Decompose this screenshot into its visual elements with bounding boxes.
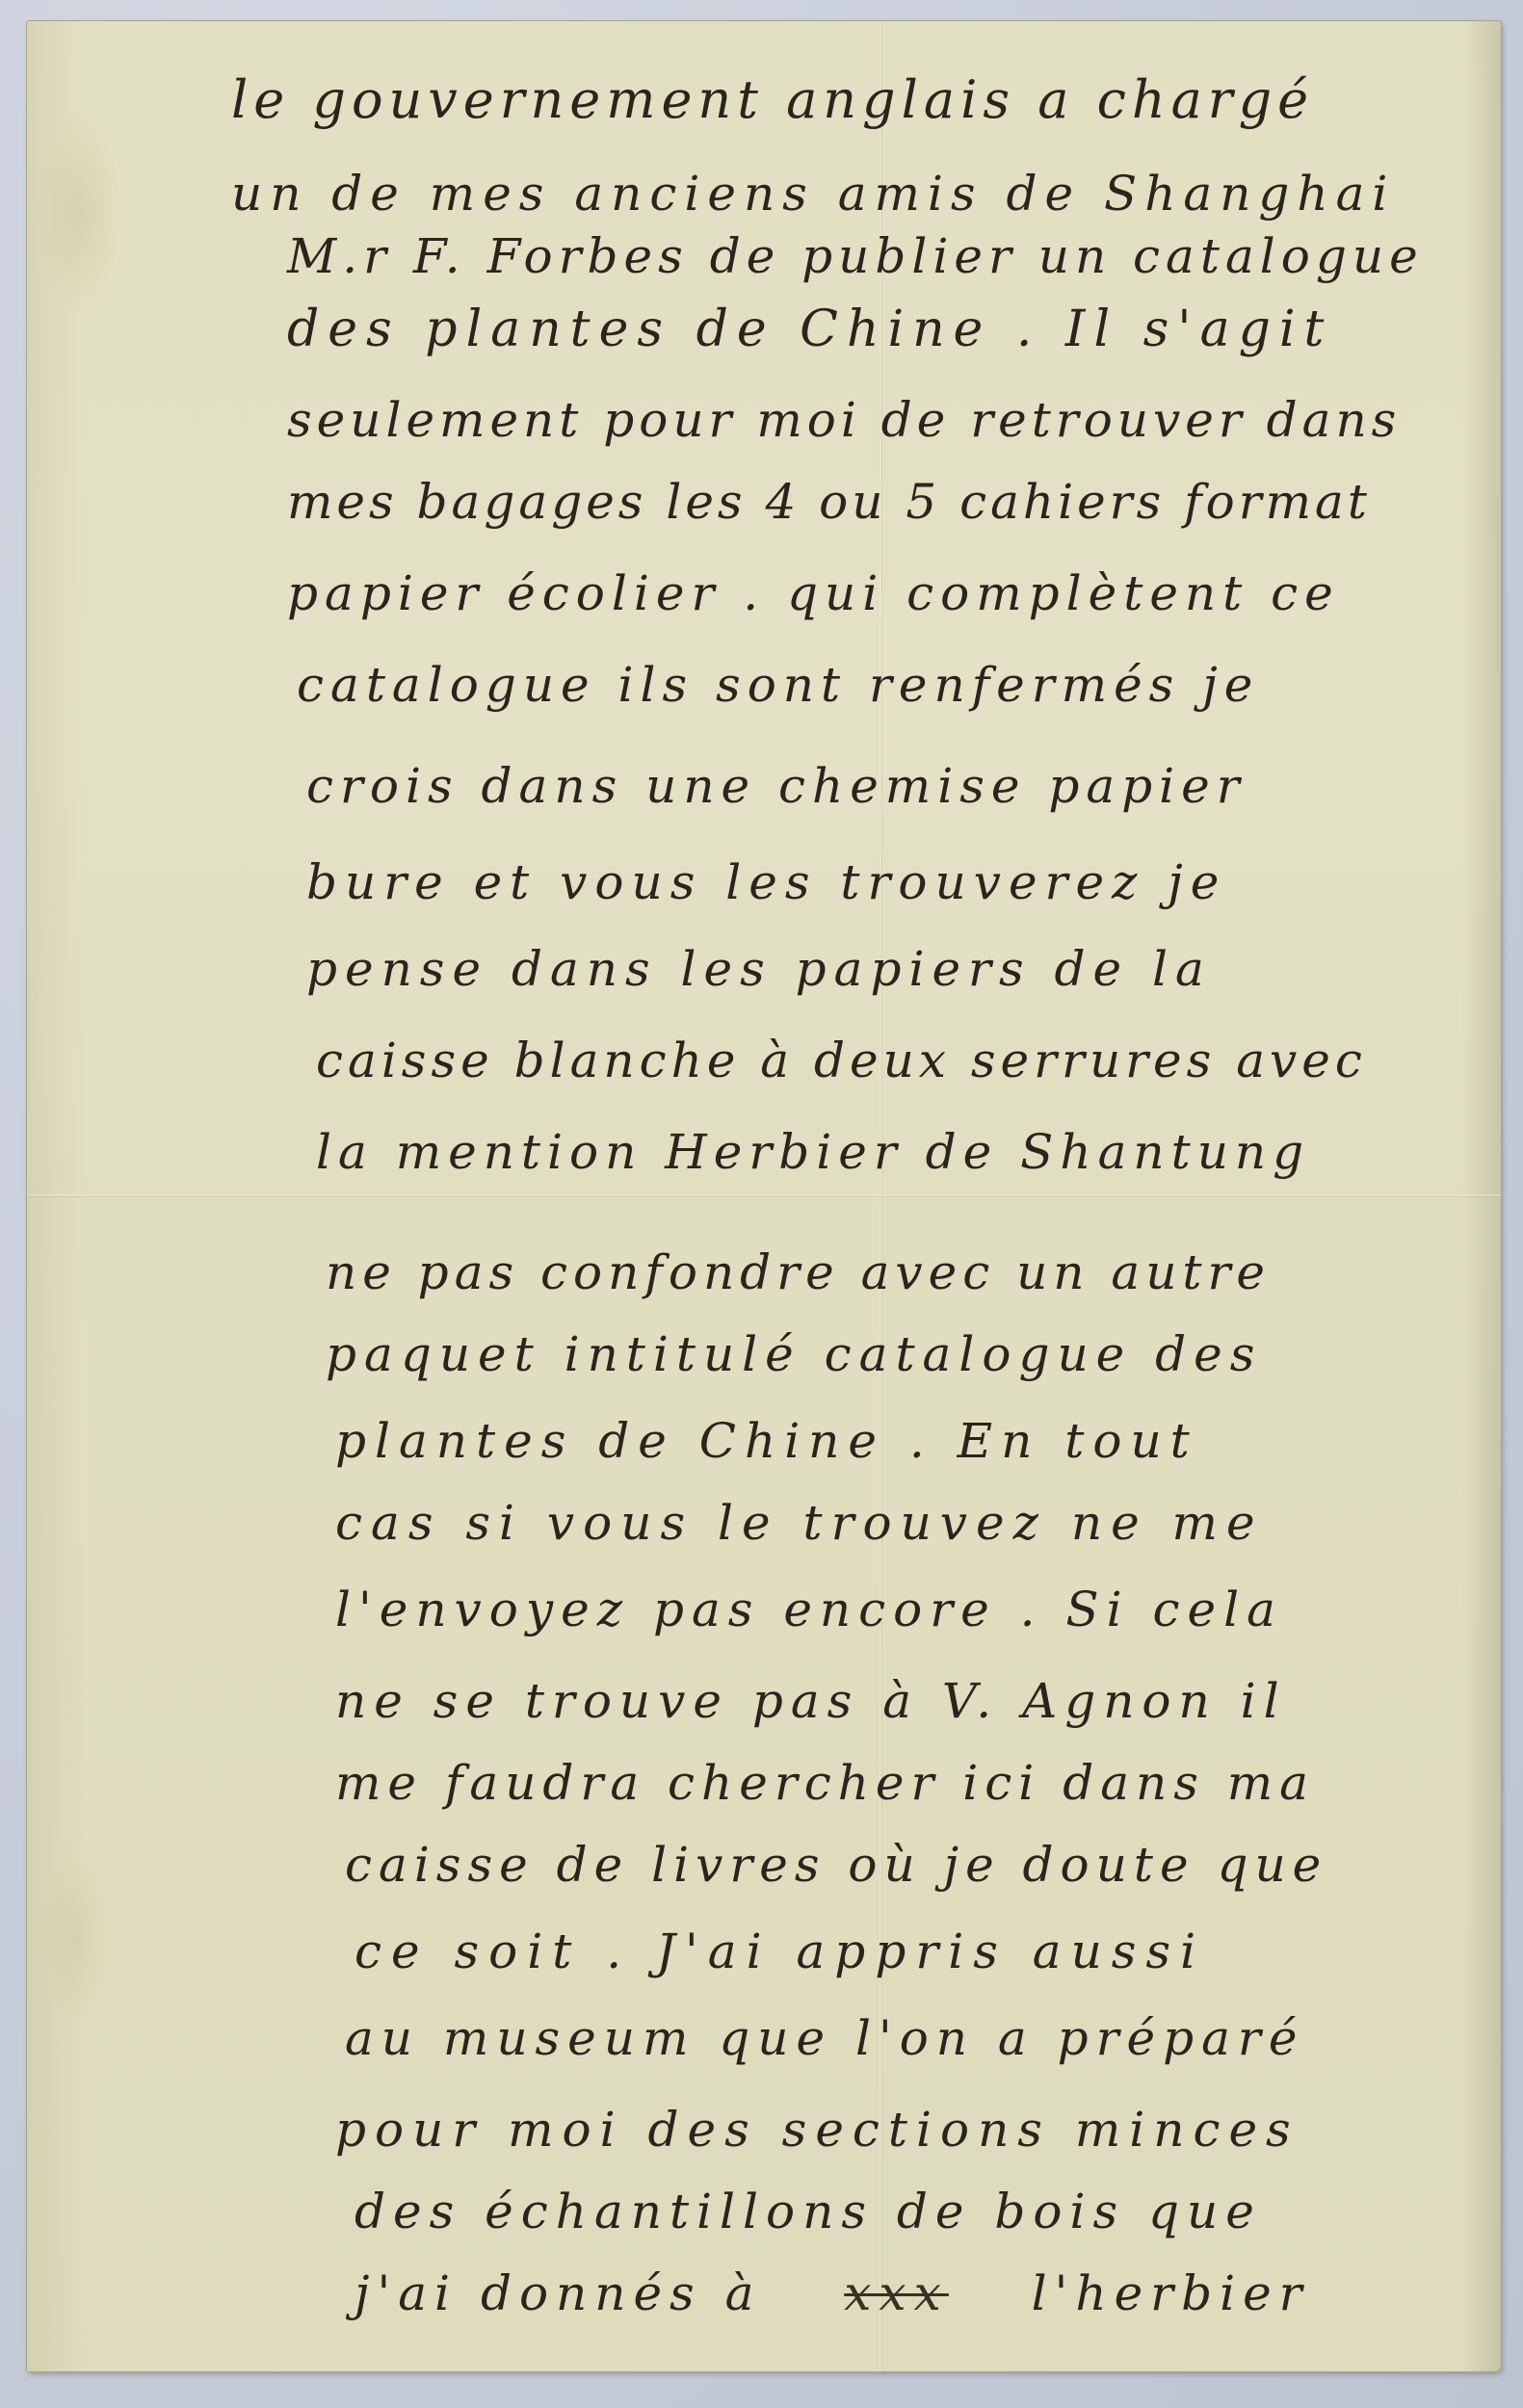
handwritten-line: ce soit . J'ai appris aussi [354,1924,1205,1979]
handwritten-line: crois dans une chemise papier [306,758,1247,814]
handwritten-line: seulement pour moi de retrouver dans [287,392,1401,448]
handwritten-line: des échantillons de bois que [354,2184,1262,2239]
handwritten-line: me faudra chercher ici dans ma [335,1755,1315,1811]
line-text-after: l'herbier [1032,2265,1310,2321]
handwritten-line: cas si vous le trouvez ne me [335,1495,1264,1551]
handwritten-line: bure et vous les trouverez je [306,854,1226,910]
handwritten-line: M.r F. Forbes de publier un catalogue [287,228,1424,284]
handwritten-line: le gouvernement anglais a chargé [231,69,1314,130]
letter-body: le gouvernement anglais a chargé un de m… [27,21,1501,2371]
handwritten-line: caisse de livres où je doute que [345,1837,1327,1893]
handwritten-line: paquet intitulé catalogue des [326,1326,1262,1382]
handwritten-line: papier écolier . qui complètent ce [287,565,1340,621]
handwritten-line: pense dans les papiers de la [306,941,1212,997]
handwritten-line: plantes de Chine . En tout [335,1413,1198,1469]
handwritten-line: au museum que l'on a préparé [345,2010,1304,2066]
handwritten-line: des plantes de Chine . Il s'agit [287,301,1332,358]
handwritten-line: caisse blanche à deux serrures avec [316,1033,1367,1088]
handwritten-line: catalogue ils sont renfermés je [297,657,1259,713]
handwritten-line: ne pas confondre avec un autre [326,1244,1271,1300]
handwritten-line-final: j'ai donnés à xxx l'herbier [354,2265,1310,2321]
handwritten-line: un de mes anciens amis de Shanghai [231,166,1395,222]
handwritten-line: ne se trouve pas à V. Agnon il [335,1673,1287,1729]
struck-through-word: xxx [844,2265,949,2321]
handwritten-line: pour moi des sections minces [335,2102,1300,2158]
handwritten-line: l'envoyez pas encore . Si cela [335,1582,1283,1637]
handwritten-line: mes bagages les 4 ou 5 cahiers format [287,474,1371,530]
line-text: j'ai donnés à [354,2265,761,2321]
letter-page: le gouvernement anglais a chargé un de m… [27,21,1501,2371]
handwritten-line: la mention Herbier de Shantung [316,1124,1310,1180]
